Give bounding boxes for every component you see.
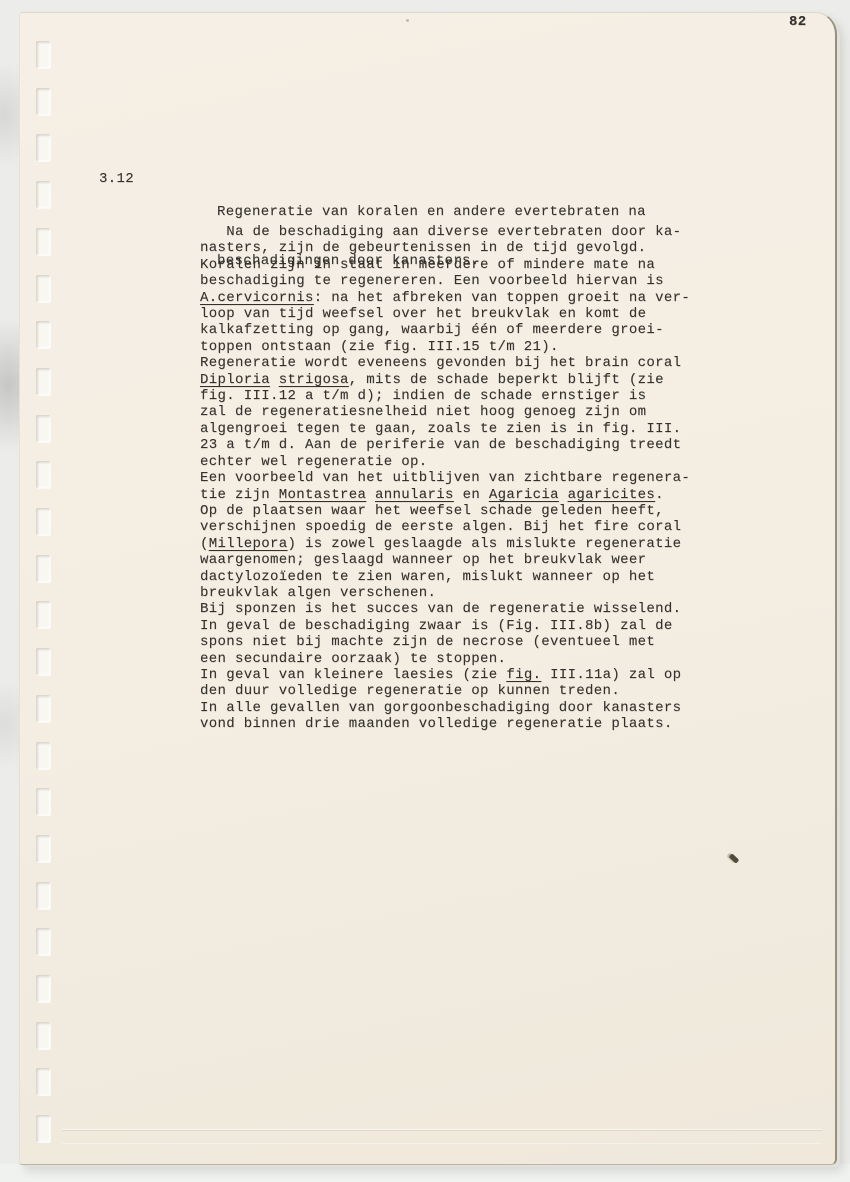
scanned-document-page: { "page_number": "82", "section": { "num… bbox=[0, 0, 850, 1182]
text-line: spons niet bij machte zijn de necrose (e… bbox=[200, 634, 690, 650]
punch-hole bbox=[36, 321, 50, 348]
punch-hole bbox=[36, 835, 50, 862]
text-segment: In geval van kleinere laesies (zie bbox=[200, 667, 506, 683]
text-line: echter wel regeneratie op. bbox=[200, 454, 690, 470]
underlined-text: strigosa bbox=[279, 372, 349, 388]
punch-hole bbox=[36, 695, 50, 722]
text-line: In geval van kleinere laesies (zie fig. … bbox=[200, 667, 690, 683]
text-line: kalkafzetting op gang, waarbij één of me… bbox=[200, 322, 690, 338]
text-segment: , mits de schade beperkt blijft (zie bbox=[349, 372, 664, 388]
punch-hole bbox=[36, 975, 50, 1002]
text-line: Bij sponzen is het succes van de regener… bbox=[200, 601, 690, 617]
text-segment: en bbox=[454, 487, 489, 503]
punch-hole bbox=[36, 648, 50, 675]
text-segment: breukvlak algen verschenen. bbox=[200, 585, 436, 601]
page-number: 82 bbox=[789, 14, 807, 30]
punch-hole bbox=[36, 1115, 50, 1142]
punch-hole bbox=[36, 601, 50, 628]
text-segment: spons niet bij machte zijn de necrose (e… bbox=[200, 634, 655, 650]
text-line: Na de beschadiging aan diverse evertebra… bbox=[200, 224, 690, 240]
punch-hole bbox=[36, 368, 50, 395]
text-segment: dactylozoïeden te zien waren, mislukt wa… bbox=[200, 569, 655, 585]
text-line: 23 a t/m d. Aan de periferie van de besc… bbox=[200, 437, 690, 453]
text-segment: algengroei tegen te gaan, zoals te zien … bbox=[200, 421, 681, 437]
text-segment: beschadiging te regenereren. Een voorbee… bbox=[200, 273, 664, 289]
text-line: nasters, zijn de gebeurtenissen in de ti… bbox=[200, 240, 690, 256]
text-segment: 23 a t/m d. Aan de periferie van de besc… bbox=[200, 437, 681, 453]
text-line: Koralen zijn in staat in meerdere of min… bbox=[200, 257, 690, 273]
text-line: verschijnen spoedig de eerste algen. Bij… bbox=[200, 519, 690, 535]
text-segment: Een voorbeeld van het uitblijven van zic… bbox=[200, 470, 690, 486]
text-line: dactylozoïeden te zien waren, mislukt wa… bbox=[200, 569, 690, 585]
text-segment: een secundaire oorzaak) te stoppen. bbox=[200, 651, 506, 667]
heading-line: Regeneratie van koralen en andere everte… bbox=[217, 204, 646, 220]
punch-hole bbox=[36, 882, 50, 909]
punch-hole bbox=[36, 742, 50, 769]
text-segment: waargenomen; geslaagd wanneer op het bre… bbox=[200, 552, 646, 568]
text-segment: ( bbox=[200, 536, 209, 552]
text-segment: echter wel regeneratie op. bbox=[200, 454, 428, 470]
paper-sheet: 82 3.12 Regeneratie van koralen en ander… bbox=[19, 12, 837, 1165]
section-number: 3.12 bbox=[99, 171, 134, 187]
text-segment: : na het afbreken van toppen groeit na v… bbox=[314, 290, 690, 306]
text-segment: Bij sponzen is het succes van de regener… bbox=[200, 601, 681, 617]
punch-hole bbox=[36, 788, 50, 815]
text-line: loop van tijd weefsel over het breukvlak… bbox=[200, 306, 690, 322]
ink-speck bbox=[729, 853, 740, 863]
scan-speck-dot bbox=[406, 19, 409, 22]
text-line: zal de regeneratiesnelheid niet hoog gen… bbox=[200, 404, 690, 420]
text-segment: Op de plaatsen waar het weefsel schade g… bbox=[200, 503, 664, 519]
body-text: Na de beschadiging aan diverse evertebra… bbox=[200, 224, 690, 733]
underlined-text: fig. bbox=[506, 667, 541, 683]
punch-hole bbox=[36, 181, 50, 208]
text-line: breukvlak algen verschenen. bbox=[200, 585, 690, 601]
punch-hole bbox=[36, 228, 50, 255]
text-segment: nasters, zijn de gebeurtenissen in de ti… bbox=[200, 240, 646, 256]
punch-hole bbox=[36, 461, 50, 488]
text-line: Een voorbeeld van het uitblijven van zic… bbox=[200, 470, 690, 486]
text-segment: III.11a) zal op bbox=[541, 667, 681, 683]
text-line: tie zijn Montastrea annularis en Agarici… bbox=[200, 487, 690, 503]
underlined-text: Diploria bbox=[200, 372, 270, 388]
text-segment: fig. III.12 a t/m d); indien de schade e… bbox=[200, 388, 646, 404]
text-line: een secundaire oorzaak) te stoppen. bbox=[200, 651, 690, 667]
text-segment: In alle gevallen van gorgoonbeschadiging… bbox=[200, 700, 681, 716]
underlined-text: annularis bbox=[375, 487, 454, 503]
text-line: toppen ontstaan (zie fig. III.15 t/m 21)… bbox=[200, 339, 690, 355]
text-line: algengroei tegen te gaan, zoals te zien … bbox=[200, 421, 690, 437]
text-segment bbox=[559, 487, 568, 503]
text-segment: In geval de beschadiging zwaar is (Fig. … bbox=[200, 618, 673, 634]
punch-hole bbox=[36, 928, 50, 955]
text-segment bbox=[366, 487, 375, 503]
text-segment: . bbox=[655, 487, 664, 503]
text-line: (Millepora) is zowel geslaagde als mislu… bbox=[200, 536, 690, 552]
text-line: In alle gevallen van gorgoonbeschadiging… bbox=[200, 700, 690, 716]
punch-hole bbox=[36, 415, 50, 442]
text-line: A.cervicornis: na het afbreken van toppe… bbox=[200, 290, 690, 306]
underlined-text: Agaricia bbox=[489, 487, 559, 503]
text-segment: Na de beschadiging aan diverse evertebra… bbox=[200, 224, 681, 240]
text-line: In geval de beschadiging zwaar is (Fig. … bbox=[200, 618, 690, 634]
punch-hole bbox=[36, 555, 50, 582]
punch-hole bbox=[36, 41, 50, 68]
text-segment: tie zijn bbox=[200, 487, 279, 503]
text-segment: toppen ontstaan (zie fig. III.15 t/m 21)… bbox=[200, 339, 559, 355]
text-segment bbox=[270, 372, 279, 388]
punch-hole bbox=[36, 275, 50, 302]
underlined-text: agaricites bbox=[568, 487, 656, 503]
text-line: den duur volledige regeneratie op kunnen… bbox=[200, 683, 690, 699]
punch-hole bbox=[36, 1022, 50, 1049]
text-segment: den duur volledige regeneratie op kunnen… bbox=[200, 683, 620, 699]
paper-crease bbox=[62, 1129, 822, 1130]
text-line: waargenomen; geslaagd wanneer op het bre… bbox=[200, 552, 690, 568]
text-segment: kalkafzetting op gang, waarbij één of me… bbox=[200, 322, 664, 338]
text-segment: Regeneratie wordt eveneens gevonden bij … bbox=[200, 355, 681, 371]
underlined-text: A.cervicornis bbox=[200, 290, 314, 306]
text-line: vond binnen drie maanden volledige regen… bbox=[200, 716, 690, 732]
text-segment: zal de regeneratiesnelheid niet hoog gen… bbox=[200, 404, 646, 420]
text-line: beschadiging te regenereren. Een voorbee… bbox=[200, 273, 690, 289]
text-line: Op de plaatsen waar het weefsel schade g… bbox=[200, 503, 690, 519]
text-segment: Koralen zijn in staat in meerdere of min… bbox=[200, 257, 655, 273]
underlined-text: Millepora bbox=[209, 536, 288, 552]
text-line: Regeneratie wordt eveneens gevonden bij … bbox=[200, 355, 690, 371]
underlined-text: Montastrea bbox=[279, 487, 367, 503]
punch-hole bbox=[36, 1068, 50, 1095]
text-segment: verschijnen spoedig de eerste algen. Bij… bbox=[200, 519, 681, 535]
punch-hole bbox=[36, 134, 50, 161]
text-line: fig. III.12 a t/m d); indien de schade e… bbox=[200, 388, 690, 404]
punch-hole bbox=[36, 88, 50, 115]
text-segment: vond binnen drie maanden volledige regen… bbox=[200, 716, 673, 732]
text-segment: ) is zowel geslaagde als mislukte regene… bbox=[288, 536, 682, 552]
text-line: Diploria strigosa, mits de schade beperk… bbox=[200, 372, 690, 388]
punch-hole bbox=[36, 508, 50, 535]
text-segment: loop van tijd weefsel over het breukvlak… bbox=[200, 306, 646, 322]
